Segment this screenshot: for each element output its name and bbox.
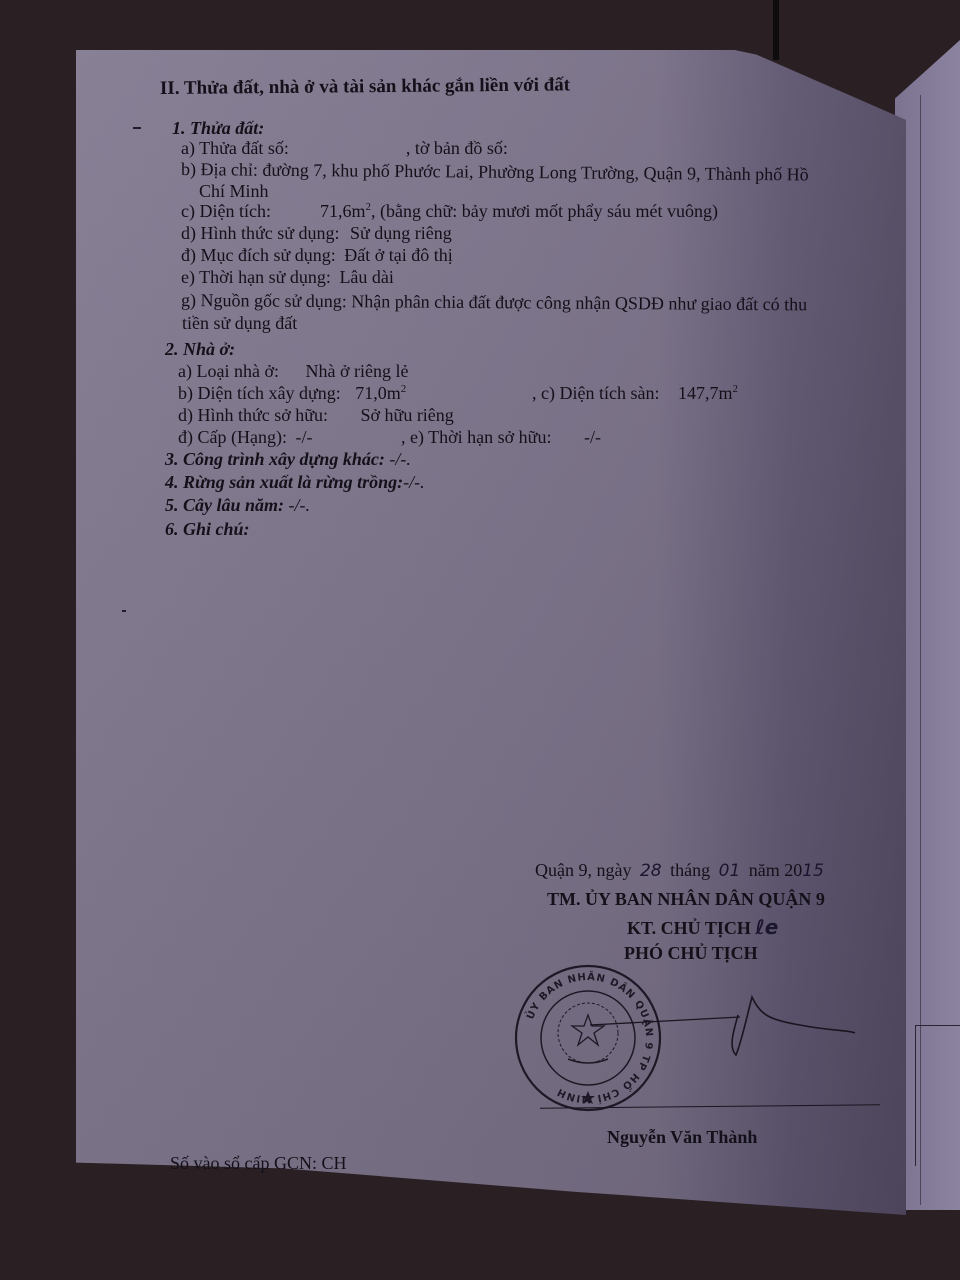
notes-label: 6. Ghi chú:	[165, 519, 250, 539]
signer-name: Nguyễn Văn Thành	[607, 1126, 757, 1148]
purpose-row: đ) Mục đích sử dụng: Đất ở tại đô thị	[181, 244, 453, 266]
address-row: b) Địa chỉ: đường 7, khu phố Phước Lai, …	[181, 158, 809, 185]
build-area-row: b) Diện tích xây dựng: 71,0m2	[178, 382, 406, 404]
build-area-label: b) Diện tích xây dựng:	[178, 383, 341, 403]
own-term-label: , e) Thời hạn sở hữu:	[401, 427, 551, 447]
date-prefix: Quận 9, ngày	[535, 860, 631, 880]
floor-area-value: 147,7m	[678, 383, 733, 403]
margin-mark	[133, 127, 141, 129]
house-type-value: Nhà ở riêng lẻ	[305, 361, 408, 381]
other-item-row: 4. Rừng sản xuất là rừng trồng:-/-.	[165, 471, 425, 493]
usage-form-row: d) Hình thức sử dụng: Sử dụng riêng	[181, 222, 452, 244]
house-type-label: a) Loại nhà ở:	[178, 361, 279, 381]
registry-value: CH	[322, 1153, 347, 1173]
area-value: 71,6m	[320, 201, 366, 221]
purpose-label: đ) Mục đích sử dụng:	[181, 245, 336, 265]
on-behalf-title: KT. CHỦ TỊCH ℓe	[627, 916, 778, 939]
usage-form-value: Sử dụng riêng	[350, 223, 452, 243]
term-label: e) Thời hạn sử dụng:	[181, 267, 331, 287]
map-sheet-label: , tờ bản đồ số:	[406, 138, 508, 158]
grade-row: đ) Cấp (Hạng): -/-	[178, 426, 312, 448]
month-label: tháng	[670, 860, 710, 880]
date-year-suffix: 15	[802, 861, 824, 881]
ownership-row: d) Hình thức sở hữu: Sở hữu riêng	[178, 404, 454, 426]
grade-value: -/-	[295, 427, 312, 447]
handwritten-signature-icon	[560, 985, 860, 1105]
ownership-value: Sở hữu riêng	[361, 405, 454, 425]
area-label: c) Diện tích:	[181, 201, 271, 221]
notes-row: 6. Ghi chú:	[165, 518, 250, 540]
date-month: 01	[719, 861, 741, 881]
floor-area-row: , c) Diện tích sàn: 147,7m2	[532, 382, 738, 404]
usage-form-label: d) Hình thức sử dụng:	[181, 223, 340, 243]
grade-label: đ) Cấp (Hạng):	[178, 427, 287, 447]
address-line2: Chí Minh	[199, 180, 269, 202]
document-content: II. Thửa đất, nhà ở và tài sản khác gắn …	[0, 0, 960, 1280]
build-area-value: 71,0m	[355, 383, 401, 403]
parcel-label: a) Thửa đất số:	[181, 138, 289, 158]
origin-value: Nhận phân chia đất được công nhận QSDĐ n…	[351, 291, 807, 314]
other-item-label: 3. Công trình xây dựng khác:	[165, 449, 385, 469]
parcel-row: a) Thửa đất số: , tờ bản đồ số:	[181, 137, 508, 159]
origin-label: g) Nguồn gốc sử dụng:	[181, 290, 347, 311]
date-day: 28	[640, 861, 662, 881]
own-term-row: , e) Thời hạn sở hữu: -/-	[401, 426, 601, 448]
other-item-row: 3. Công trình xây dựng khác: -/-.	[165, 448, 411, 470]
section-title: II. Thửa đất, nhà ở và tài sản khác gắn …	[160, 74, 570, 100]
floor-area-label: , c) Diện tích sàn:	[532, 383, 659, 403]
year-label: năm 20	[749, 860, 803, 880]
area-row: c) Diện tích: 71,6m2, (bằng chữ: bảy mươ…	[181, 200, 718, 222]
other-item-label: 5. Cây lâu năm:	[165, 495, 284, 515]
land-heading: 1. Thửa đất:	[172, 117, 264, 139]
margin-mark	[122, 610, 126, 612]
term-row: e) Thời hạn sử dụng: Lâu dài	[181, 266, 394, 288]
purpose-value: Đất ở tại đô thị	[344, 245, 453, 265]
registry-label: Số vào sổ cấp GCN:	[170, 1153, 317, 1173]
date-row: Quận 9, ngày 28 tháng 01 năm 2015	[535, 859, 824, 882]
initials-mark: ℓe	[755, 915, 778, 939]
other-item-label: 4. Rừng sản xuất là rừng trồng:	[165, 472, 403, 492]
own-term-value: -/-	[584, 427, 601, 447]
origin-line2: tiền sử dụng đất	[182, 312, 297, 334]
house-heading: 2. Nhà ở:	[165, 338, 235, 360]
position-title: PHÓ CHỦ TỊCH	[624, 942, 758, 964]
area-words: , (bằng chữ: bảy mươi mốt phẩy sáu mét v…	[371, 201, 718, 221]
house-type-row: a) Loại nhà ở: Nhà ở riêng lẻ	[178, 360, 408, 382]
address-label: b) Địa chỉ:	[181, 159, 258, 180]
registry-row: Số vào sổ cấp GCN: CH	[170, 1152, 347, 1174]
other-item-row: 5. Cây lâu năm: -/-.	[165, 494, 310, 516]
ownership-label: d) Hình thức sở hữu:	[178, 405, 328, 425]
term-value: Lâu dài	[339, 267, 393, 287]
address-value: đường 7, khu phố Phước Lai, Phường Long …	[262, 160, 808, 185]
authority-title: TM. ỦY BAN NHÂN DÂN QUẬN 9	[547, 888, 825, 910]
